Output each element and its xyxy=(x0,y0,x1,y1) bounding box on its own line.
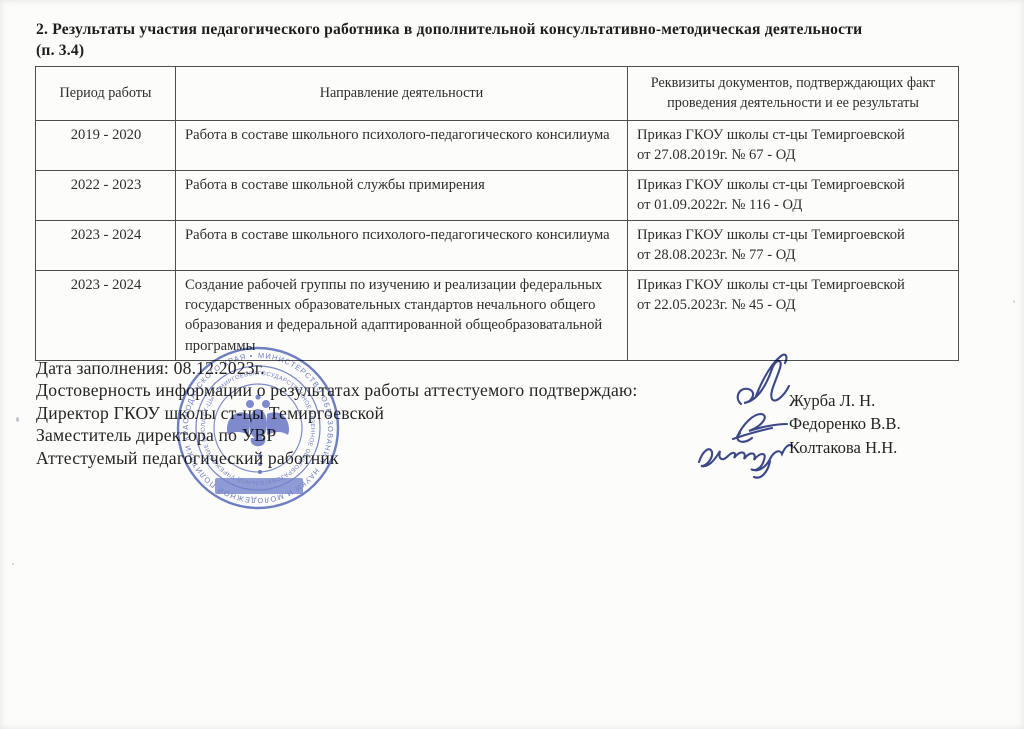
table-row: 2019 - 2020 Работа в составе школьного п… xyxy=(36,121,959,171)
cell-documents: Приказ ГКОУ школы ст-цы Темиргоевской от… xyxy=(628,220,959,270)
cell-documents: Приказ ГКОУ школы ст-цы Темиргоевской от… xyxy=(628,170,959,220)
cell-documents: Приказ ГКОУ школы ст-цы Темиргоевской от… xyxy=(628,270,959,361)
stamp-bottom-banner xyxy=(215,478,303,494)
activity-table: Период работы Направление деятельности Р… xyxy=(35,66,959,361)
certification-block: Дата заполнения: 08.12.2023г. Достоверно… xyxy=(36,357,776,469)
scan-speck xyxy=(1013,300,1015,303)
doc-org-line: Приказ ГКОУ школы ст-цы Темиргоевской xyxy=(637,175,950,195)
double-headed-eagle-icon xyxy=(227,394,289,446)
doc-ref-line: от 01.09.2022г. № 116 - ОД xyxy=(637,195,950,215)
scanned-document-page: 2. Результаты участия педагогического ра… xyxy=(0,0,1024,729)
doc-ref-line: от 28.08.2023г. № 77 - ОД xyxy=(637,245,950,265)
cell-period: 2022 - 2023 xyxy=(36,170,176,220)
doc-ref-line: от 27.08.2019г. № 67 - ОД xyxy=(637,145,950,165)
doc-org-line: Приказ ГКОУ школы ст-цы Темиргоевской xyxy=(637,125,950,145)
header-period: Период работы xyxy=(36,67,176,121)
signatory-name-director: Журба Л. Н. xyxy=(789,389,989,412)
doc-ref-line: от 22.05.2023г. № 45 - ОД xyxy=(637,295,950,315)
cell-direction: Работа в составе школьного психолого-пед… xyxy=(176,121,628,171)
header-documents-text: Реквизиты документов, подтверждающих фак… xyxy=(648,74,938,112)
section-title-line1: 2. Результаты участия педагогического ра… xyxy=(36,20,1011,41)
header-direction: Направление деятельности xyxy=(176,67,628,121)
official-seal-stamp: МИНИСТЕРСТВО ОБРАЗОВАНИЯ, НАУКИ И МОЛОДЕ… xyxy=(170,340,346,516)
signatory-name-worker: Колтакова Н.Н. xyxy=(789,436,989,459)
fill-date-line: Дата заполнения: 08.12.2023г. xyxy=(36,357,776,379)
table-row: 2022 - 2023 Работа в составе школьной сл… xyxy=(36,170,959,220)
doc-org-line: Приказ ГКОУ школы ст-цы Темиргоевской xyxy=(637,225,950,245)
cell-documents: Приказ ГКОУ школы ст-цы Темиргоевской от… xyxy=(628,121,959,171)
cell-period: 2019 - 2020 xyxy=(36,121,176,171)
doc-org-line: Приказ ГКОУ школы ст-цы Темиргоевской xyxy=(637,275,950,295)
scan-speck xyxy=(16,417,19,422)
header-documents: Реквизиты документов, подтверждающих фак… xyxy=(628,67,959,121)
table-header-row: Период работы Направление деятельности Р… xyxy=(36,67,959,121)
cell-direction: Работа в составе школьной службы примире… xyxy=(176,170,628,220)
cell-period: 2023 - 2024 xyxy=(36,220,176,270)
cell-period: 2023 - 2024 xyxy=(36,270,176,361)
cell-direction: Работа в составе школьного психолого-пед… xyxy=(176,220,628,270)
role-director: Директор ГКОУ школы ст-цы Темиргоевской xyxy=(36,402,776,424)
table-row: 2023 - 2024 Работа в составе школьного п… xyxy=(36,220,959,270)
section-title-line2: (п. 3.4) xyxy=(36,41,1011,62)
role-attested-worker: Аттестуемый педагогический работник xyxy=(36,447,776,469)
signatory-name-deputy: Федоренко В.В. xyxy=(789,412,989,435)
confirmation-line: Достоверность информации о результатах р… xyxy=(36,379,776,401)
scan-speck xyxy=(12,563,14,565)
role-deputy-director: Заместитель директора по УВР xyxy=(36,424,776,446)
signatory-names: Журба Л. Н. Федоренко В.В. Колтакова Н.Н… xyxy=(789,389,989,459)
section-title: 2. Результаты участия педагогического ра… xyxy=(36,20,1011,61)
stamp-center-dots xyxy=(258,454,262,474)
